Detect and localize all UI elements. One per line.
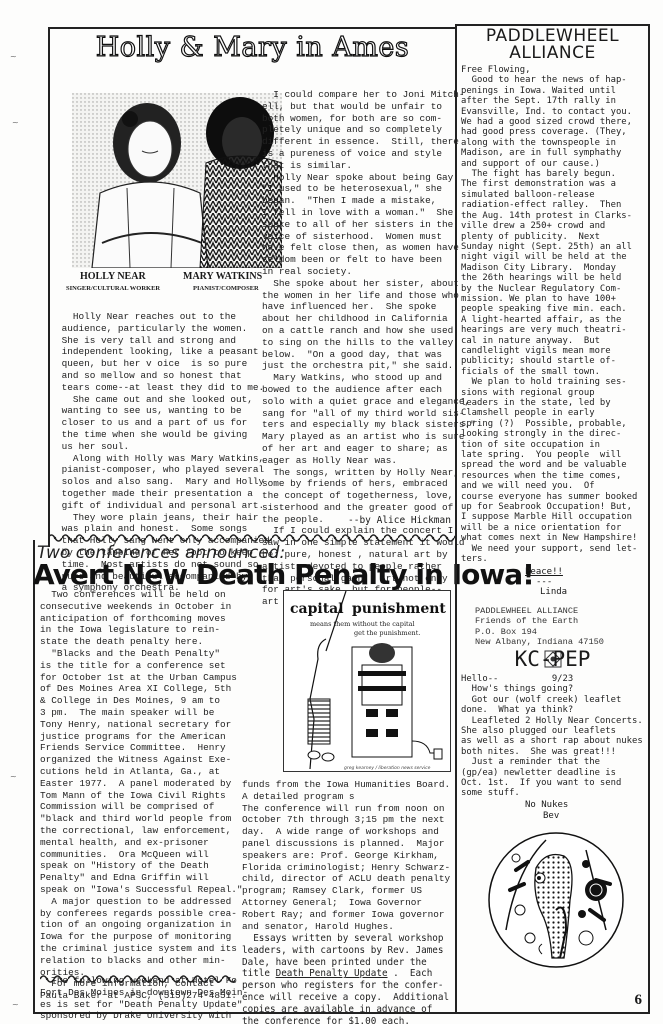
margin-mark: ~ [12,1000,19,1009]
text-line: A light-hearted affair, as the [461,315,637,325]
text-line: the time when she would be giving [56,429,270,441]
text-line: in real society. [262,266,476,278]
byline: --by Alice Hickman [348,515,451,526]
text-line: We need your support, send let- [461,544,637,554]
address-line: PADDLEWHEEL ALLIANCE [475,606,604,616]
kc-pep-title: KC-PEP [457,647,648,671]
article-right-column-typewriter: Essays written by several workshop leade… [242,933,449,1024]
text-line: Oct. 1st. If you want to send [461,778,643,788]
text-line: The songs, written by Holly Near, [262,467,476,479]
text-line: will be a nice orientation for [461,523,637,533]
text-line: day. A wide range of workshops and [242,826,450,838]
letter-closing: Peace!! [525,567,563,577]
text-line: about her childhood in California [262,313,476,325]
cartoon-title-right: punishment [352,601,446,617]
text-line: ell, but that would be unfair to [262,101,476,113]
text-line: Madison, are in full symphathy [461,148,637,158]
kc-pep-signature: Bev [543,811,559,821]
text-line: ville drew a 250+ crowd and [461,221,637,231]
text-line: night vigil will be held at the [461,252,637,262]
text-line: Just a reminder that the [461,757,643,767]
text-line: the 26th hearings will be held [461,273,637,283]
text-line: panel discussions is planned. Major [242,838,450,850]
caption-role-mary: PIANIST/COMPOSER [193,285,259,292]
text-line: person who registers for the confer- [242,980,449,992]
newspaper-page: ~ ~ ~ ~ Holly & Mary in Ames [0,0,663,1024]
text-line: pianist-composer, who played several [56,464,270,476]
greeting: Hello-- [461,674,498,684]
text-line: late spring. You people will [461,450,637,460]
article-right-column: I could compare her to Joni Mitch- ell, … [262,89,476,608]
bird-illustration-icon [486,830,626,970]
text-line: both nites. She was great!!! [461,747,643,757]
text-line: publicity; should startle of- [461,356,637,366]
text-line: by conferees regards possible crea- [40,908,243,920]
text-line: A detailed program s [242,791,450,803]
text-line: consecutive weekends in October in [40,601,243,613]
text-line: We had a good sized crowd there, [461,117,637,127]
text-line: of her art and eager to share; as [262,443,476,455]
text-line: closer to us and a part of us for [56,417,270,429]
text-line: sisterhood and the greater good of [262,502,476,514]
title-line: ALLIANCE [457,45,648,62]
text-line: funds from the Iowa Humanities Board. [242,779,450,791]
margin-mark: ~ [12,118,19,127]
text-line: justice programs for the American [40,731,243,743]
text-line: course everyone has summer booked [461,492,637,502]
text-line: The conference will run from noon on [242,803,450,815]
text-line: and senator, Harold Hughes. [242,921,450,933]
caption-name-holly: HOLLY NEAR [80,271,146,282]
text-line: had good press coverage. (They, [461,127,637,137]
text-line: sions with regional group [461,388,637,398]
text-line: speak on "History of the Death [40,860,243,872]
address-line: Friends of the Earth [475,616,604,626]
text-line: She came out and she looked out, [56,394,270,406]
text-line: Friends Service Committee. Henry [40,742,243,754]
text-line: of Des Moines Area XI College, 5th [40,683,243,695]
text-line: I fell in love with a woman." She [262,207,476,219]
letter-signature: Linda [540,587,567,597]
text-line: I could compare her to Joni Mitch- [262,89,476,101]
text-line: Mary played as an artist who is sure [262,431,476,443]
text-line: Got our (wolf creek) leaflet [461,695,643,705]
text-line: She spoke about her sister, about [262,278,476,290]
text-line: Florida criminologist; Henry Schwarz- [242,862,450,874]
text-line: looking strongly in the direc- [461,429,637,439]
text-line: sang for "all of my third world sis- [262,408,476,420]
article-title: Holly & Mary in Ames [50,32,455,63]
text-line: bowed to the audience after each [262,384,476,396]
text-line: solo with a quiet grace and elegance, [262,396,476,408]
cartoon-illustration-icon: capital punishment means them without th… [284,591,450,771]
text-line: spoke to all of her sisters in the [262,219,476,231]
article-right-column: funds from the Iowa Humanities Board. A … [242,779,450,932]
text-line: tion of site occupation in [461,440,637,450]
text-line: ters. [461,554,637,564]
margin-mark: ~ [10,52,17,61]
svg-text:get the punishment.: get the punishment. [354,629,420,637]
caption-name-mary: MARY WATKINS [183,271,262,282]
photo-icon [72,93,282,268]
text-line: plenty of publicity. Next [461,232,637,242]
text-line: Mary Watkins, who stood up and [262,372,476,384]
text-line: cutions held in Atlanta, Ga., at [40,766,243,778]
text-line: A major question to be addressed [40,896,243,908]
text-line: wanting to see us, wanting to be [56,405,270,417]
caption-role-holly: SINGER/CULTURAL WORKER [66,285,160,292]
text-line: Leafleted 2 Holly Near Concerts. [461,716,643,726]
text-line: and we will need you. Of [461,481,637,491]
text-line: on a cattle ranch and how she used [262,325,476,337]
svg-text:means them without the capital: means them without the capital [310,620,415,628]
text-line: the concept of togetherness, love, [262,490,476,502]
text-line: The first demonstration was a [461,179,637,189]
text-line: Hello-- 9/23 [461,674,643,684]
text-line: child, director of ACLU death penalty [242,873,450,885]
text-line: leaders in the state, led by [461,398,637,408]
text-line: Two conferences will be held on [40,589,243,601]
text-line: the women in her life and those who [262,290,476,302]
address-line: New Albany, Indiana 47150 [475,637,604,647]
mailing-address: PADDLEWHEEL ALLIANCE Friends of the Eart… [475,606,604,647]
text-line: some stuff. [461,788,643,798]
text-line: mental health, and ex-prisoner [40,837,243,849]
kc-pep-closing: No Nukes [525,800,568,810]
text-line: audience, particularly the women. [56,323,270,335]
text-line: Penalty" and Edna Griffin will [40,872,243,884]
text-line: The fight has barely begun. [461,169,637,179]
text-line: copies are available in advance of [242,1004,449,1016]
text-line: is the title for a conference set [40,660,243,672]
text-line: speak on "Iowa's Successful Repeal." [40,884,243,896]
text-line: leaders, with cartoons by Rev. James [242,945,449,957]
text-line: as well as a short rap about nukes [461,736,643,746]
text-line: Clamshell people in early [461,408,637,418]
text-line: solos and also sang. Mary and Holly [56,476,270,488]
text-line: the criminal justice system and its [40,943,243,955]
holly-mary-photo [72,93,282,268]
text-line: after the Sept. 17th rally in [461,96,637,106]
text-line: Commission will be comprised of [40,801,243,813]
text-line: have influenced her. She spoke [262,301,476,313]
column-title: PADDLEWHEEL ALLIANCE [457,28,648,62]
text-line: both women, for both are so com- [262,113,476,125]
text-line: 3 pm. The main speaker will be [40,707,243,719]
text-line: program; Ramsey Clark, former US [242,885,450,897]
text-line: the conference for $1.00 each. [242,1016,449,1024]
text-line: spread the word and be valuable [461,460,637,470]
text-line: independent looking, like a peasant [56,346,270,358]
text-line: Fort Des Moines in downtown Des Moin- [40,987,248,999]
text-line: ficials of the small town. [461,367,637,377]
text-line: that is similar. [262,160,476,172]
text-fragment: title [242,968,276,979]
text-line: relation to blacks and other min- [40,955,243,967]
text-line: Along with Holly was Mary Watkins, [56,453,270,465]
text-line: the Aug. 14th protest in Clarks- [461,211,637,221]
text-line: together made their presentation a [56,488,270,500]
capital-punishment-cartoon: capital punishment means them without th… [283,590,451,772]
text-line: done. What ya think? [461,705,643,715]
cartoon-title-left: capital [290,601,344,617]
text-line: some by friends of hers, embraced [262,478,476,490]
text-line: Easter 1977. A panel moderated by [40,778,243,790]
text-line: candlelight vigils mean more [461,346,637,356]
text-line: How's things going? [461,684,643,694]
text-line: and support of our cause.) [461,159,637,169]
text-line: Free Flowing, [461,65,637,75]
text-line: radiation-effect ralley. Then [461,200,637,210]
text-line: We plan to hold training ses- [461,377,637,387]
text-line: October 7th through 3;15 pm the next [242,814,450,826]
text-line: the correctional, law enforcement, [40,825,243,837]
text-line: Holly Near reaches out to the [56,311,270,323]
text-line: state the death penalty here. [40,636,243,648]
page-number: 6 [635,992,643,1009]
text-line: and so mellow and so honest that [56,370,270,382]
text-line: Evansville, Ind. to contact you. [461,107,637,117]
text-line: for October 1st at the Urban Campus [40,672,243,684]
letter-dashes: --- [536,577,552,587]
paddlewheel-alliance-column: PADDLEWHEEL ALLIANCE Free Flowing, Good … [455,24,650,1014]
text-line: She also plugged our leaflets [461,726,643,736]
text-line: just the orchestra pit," she said. [262,360,476,372]
text-line: I suppose Marble Hill occupation [461,512,637,522]
text-line: ters and especially my black sisters." [262,419,476,431]
text-line: Sunday night (Sept. 25th) an all [461,242,637,252]
text-line: ence will receive a copy. Additional [242,992,449,1004]
text-line: anticipation of forthcoming moves [40,613,243,625]
text-line: Holly Near spoke about being Gay. [262,172,476,184]
address-line: P.O. Box 194 [475,627,604,637]
text-line: up for Seabrook Occupation! But, [461,502,637,512]
text-line: people speaking five min. each. [461,304,637,314]
text-line: Dale, have been printed under the [242,957,449,969]
text-line: began. "Then I made a mistake, [262,195,476,207]
text-line: below. "On a good day, that was [262,349,476,361]
text-line: have felt close then, as women have [262,242,476,254]
text-line: "black and third world people from [40,813,243,825]
letter-body: Free Flowing, Good to hear the news of h… [461,65,637,565]
text-line: eager as Holly Near was. [262,455,476,467]
text-line: different in essence. Still, there [262,136,476,148]
text-line: simulated balloon-release [461,190,637,200]
text-line: voice of sisterhood. Women must [262,231,476,243]
text-line: seldom been or felt to have been [262,254,476,266]
margin-mark: ~ [10,772,17,781]
text-line: Madison City Library. Monday [461,263,637,273]
text-line: cal in nature anyway. But [461,336,637,346]
text-line: Essays written by several workshop [242,933,449,945]
text-line: along with the townspeople in [461,138,637,148]
article-left-column: Two conferences will be held on consecut… [40,589,243,1002]
letter-date: 9/23 [552,674,573,684]
text-line: spring (?) Possible, probable, [461,419,637,429]
text-line: pletely unique and so completely [262,124,476,136]
text-line: tion of an ongoing organization in [40,919,243,931]
text-line: hearings are very much theatri- [461,325,637,335]
text-line: to sing on the hills to the valley [262,337,476,349]
text-line: in the Iowa legislature to rein- [40,624,243,636]
text-line: Tony Henry, national secretary for [40,719,243,731]
text-line: Good to hear the news of hap- [461,75,637,85]
text-line: She is very tall and strong and [56,335,270,347]
text-line: organized the Witness Against Exe- [40,754,243,766]
text-line: resources when the time comes, [461,471,637,481]
text-line: sponsored by Drake University with [40,1010,248,1022]
text-line: mission. We plan to have 100+ [461,294,637,304]
article-border-left [33,540,35,1014]
text-line: They wore plain jeans, their hair [56,512,270,524]
holly-mary-article: Holly & Mary in Ames [48,27,455,547]
text-line: title Death Penalty Update . Each [242,968,449,980]
article-left-column-continued: The following weekend at Hotel Fo Fort D… [40,975,248,1022]
kc-pep-letter: Hello-- 9/23 How's things going? Got our… [461,674,643,799]
text-line: tears come--at least they did to me. [56,382,270,394]
text-line: Iowa for the purpose of monitoring [40,931,243,943]
text-line: communities. Ora McQueen will [40,849,243,861]
text-line: Attorney General; Iowa Governor [242,897,450,909]
text-line: penings in Iowa. Waited until [461,86,637,96]
text-line: "Blacks and the Death Penalty" [40,648,243,660]
text-fragment: . Each [388,968,433,979]
text-line: Tom Mann of the Iowa Civil Rights [40,790,243,802]
text-line: es is set for "Death Penalty Update" [40,999,248,1011]
text-line: us her soul. [56,441,270,453]
text-line: gift of individual and personal art. [56,500,270,512]
text-line: what comes next in New Hampshire! [461,533,637,543]
text-line: queen, but her v oice is so pure [56,358,270,370]
text-line: The following weekend at Hotel Fo [40,975,248,987]
text-line: speakers are: Prof. George Kirkham, [242,850,450,862]
svg-text:greg kearney / liberation news: greg kearney / liberation news service [344,765,431,771]
text-line: "I used to be heterosexual," she [262,183,476,195]
wavy-divider-icon [48,532,455,542]
text-line: is a pureness of voice and style [262,148,476,160]
text-line: (gp/ea) newletter deadline is [461,768,643,778]
text-line: Robert Ray; and former Iowa governor [242,909,450,921]
publication-title: Death Penalty Update [276,968,388,979]
text-line: & College in Des Moines, 9 am to [40,695,243,707]
text-line: by the Nuclear Regulatory Com- [461,284,637,294]
